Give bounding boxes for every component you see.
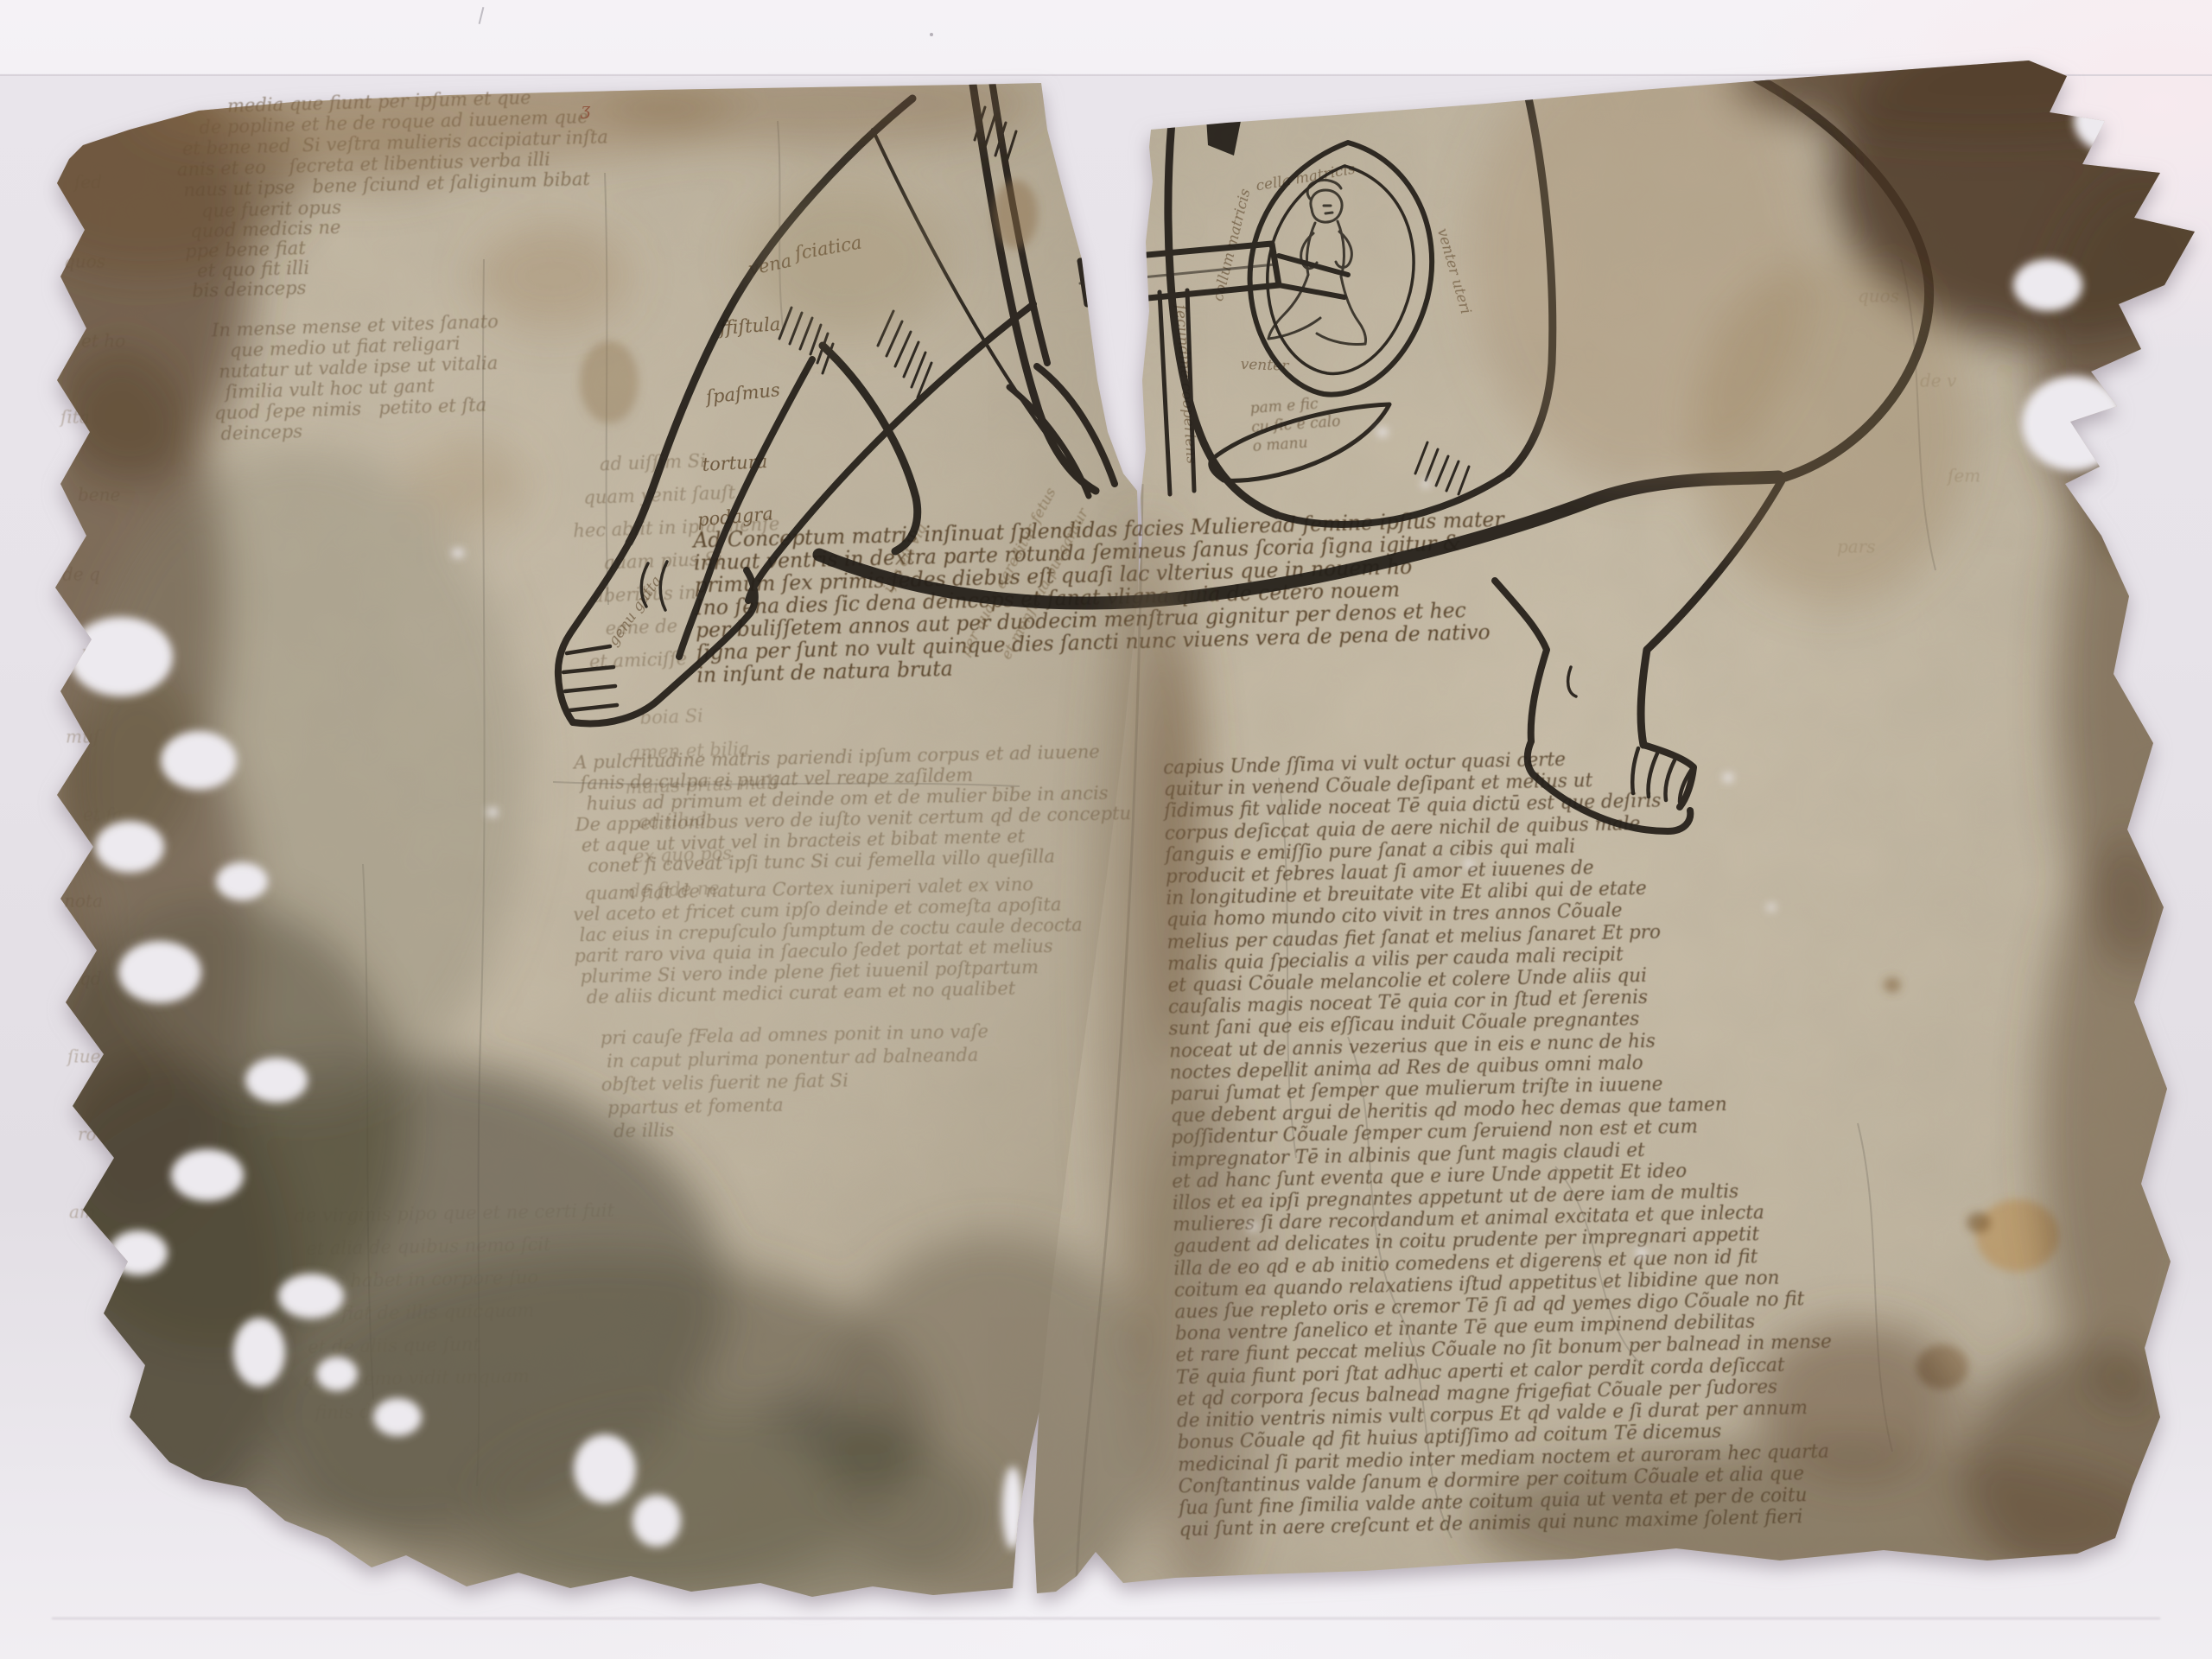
stain-overlay: [0, 0, 2212, 1659]
manuscript-photo: media que fiunt per ipſum et que de popl…: [0, 0, 2212, 1659]
